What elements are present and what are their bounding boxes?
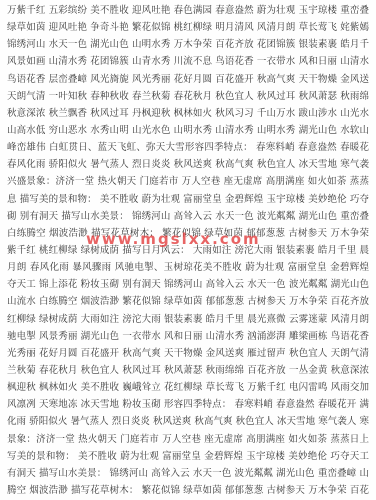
text-line: 有洞天 描写山水美景： 锦绣河山 高耸入云 水天一色 波光粼粼 湖光山色 重峦叠… bbox=[7, 465, 369, 482]
text-line: 枫迎秋 枫林如火 美不胜收 巍峨耸立 花红柳绿 草长莺飞 万紫千红 电闪雷鸣 风… bbox=[7, 379, 369, 396]
text-line: 驰电掣 风景秀丽 湖光山色 一衣带水 风和日丽 山清水秀 汹涌澎湃 雕梁画栋 鸟… bbox=[7, 328, 369, 345]
text-line: 峰峦雄伟 白虹贯日、蓝天飞虹、弥天大雪形容四季特点： 春寒料峭 春意盎然 春暖花… bbox=[7, 139, 369, 156]
document-body: 万紫千红 五彩缤纷 美不胜收 迎风吐艳 春色满园 春意盎然 蔚为壮观 玉宇琼楼 … bbox=[7, 2, 369, 499]
text-line: 夺天工 锦上添花 粉妆玉砌 别有洞天 锦绣河山 高耸入云 水天一色 波光粼粼 湖… bbox=[7, 276, 369, 293]
text-line: 光秀丽 花好月圆 百花盛开 秋高气爽 天干物燥 金风送爽 雁过留声 秋色宜人 天… bbox=[7, 345, 369, 362]
text-line: 风凛冽 天寒地冻 冰天雪地 粉妆玉砌 形容四季特点： 春寒料峭 春意盎然 春暖花… bbox=[7, 396, 369, 413]
text-line: 天朗气清 一叶知秋 春种秋收 春兰秋菊 春花秋月 秋色宜人 秋风过耳 秋风萧瑟 … bbox=[7, 88, 369, 105]
text-line: 秋意深浓 秋兰飘香 秋风过耳 丹枫迎秋 枫林如火 秋风习习 千山万水 跋山涉水 … bbox=[7, 105, 369, 122]
text-line: 兰秋菊 春花秋月 秋色宜人 秋风过耳 秋风萧瑟 秋雨绵绵 百花齐放 一丛金黄 秋… bbox=[7, 362, 369, 379]
text-line: 景象：济济一堂 热火朝天 门庭若市 万人空巷 座无虚席 高朋满座 如火如荼 蒸蒸… bbox=[7, 431, 369, 448]
text-line: 山流水 白练腾空 烟波浩渺 繁花似锦 绿草如茵 郁郁葱葱 古树参天 万木争荣 百… bbox=[7, 293, 369, 310]
text-line: 砌 别有洞天 描写山水美景： 锦绣河山 高耸入云 水天一色 波光粼粼 湖光山色 … bbox=[7, 208, 369, 225]
document-page: 万紫千红 五彩缤纷 美不胜收 迎风吐艳 春色满园 春意盎然 蔚为壮观 玉宇琼楼 … bbox=[0, 0, 376, 500]
text-line: 红柳绿 绿树成荫 大雨如注 滂沱大雨 银装素裹 皓月千里 晨光熹微 云雾迷蒙 风… bbox=[7, 311, 369, 328]
text-line: 月朗 春风化雨 暴风骤雨 风驰电掣、玉树琼花美不胜收 蔚为壮观 富丽堂皇 金碧辉… bbox=[7, 259, 369, 276]
text-line: 化雨 骄阳似火 暑气蒸人 烈日炎炎 秋风送爽 秋高气爽 秋色宜人 冰天雪地 寒气… bbox=[7, 413, 369, 430]
text-line: 山高水低 穷山恶水 水秀山明 山光水色 山明水秀 山清水秀 山明水秀 湖光山色 … bbox=[7, 122, 369, 139]
text-line: 绿草如茵 迎风吐艳 争奇斗艳 繁花似锦 桃红柳绿 明月清风 风清月朗 草长莺飞 … bbox=[7, 19, 369, 36]
text-line: 写美的景和物： 美不胜收 蔚为壮观 富丽堂皇 金碧辉煌 玉宇琼楼 美妙绝伦 巧夺… bbox=[7, 448, 369, 465]
text-line: 兴盛景象：济济一堂 热火朝天 门庭若市 万人空巷 座无虚席 高朋满座 如火如荼 … bbox=[7, 173, 369, 190]
text-line: 息 描写美的景和物： 美不胜收 蔚为壮观 富丽堂皇 金碧辉煌 玉宇琼楼 美妙绝伦… bbox=[7, 191, 369, 208]
text-line: 万紫千红 五彩缤纷 美不胜收 迎风吐艳 春色满园 春意盎然 蔚为壮观 玉宇琼楼 … bbox=[7, 2, 369, 19]
text-line: 紫千红 桃红柳绿 绿树成荫 描写日月风云： 大雨如注 滂沱大雨 银装素裹 皓月千… bbox=[7, 242, 369, 259]
text-line: 白练腾空 烟波浩渺 描写花草树木： 繁花似锦 绿草如茵 郁郁葱葱 古树参天 万木… bbox=[7, 225, 369, 242]
text-line: 风景如画 山清水秀 花团锦簇 山青水秀 川流不息 鸟语花香 一衣带水 风和日丽 … bbox=[7, 53, 369, 70]
text-line: 春风化雨 骄阳似火 暑气蒸人 烈日炎炎 秋风送爽 秋高气爽 秋色宜人 冰天雪地 … bbox=[7, 156, 369, 173]
text-line: 鸟语花香 层峦叠嶂 风光旖旎 风光秀丽 花好月圆 百花盛开 秋高气爽 天干物燥 … bbox=[7, 71, 369, 88]
text-line: 锦绣河山 水天一色 湖光山色 山明水秀 万木争荣 百花齐放 花团锦簇 银装素裹 … bbox=[7, 36, 369, 53]
text-line: 腾空 烟波浩渺 描写花草树木： 繁花似锦 绿草如茵 郁郁葱葱 古树参天 万木争荣… bbox=[7, 482, 369, 499]
